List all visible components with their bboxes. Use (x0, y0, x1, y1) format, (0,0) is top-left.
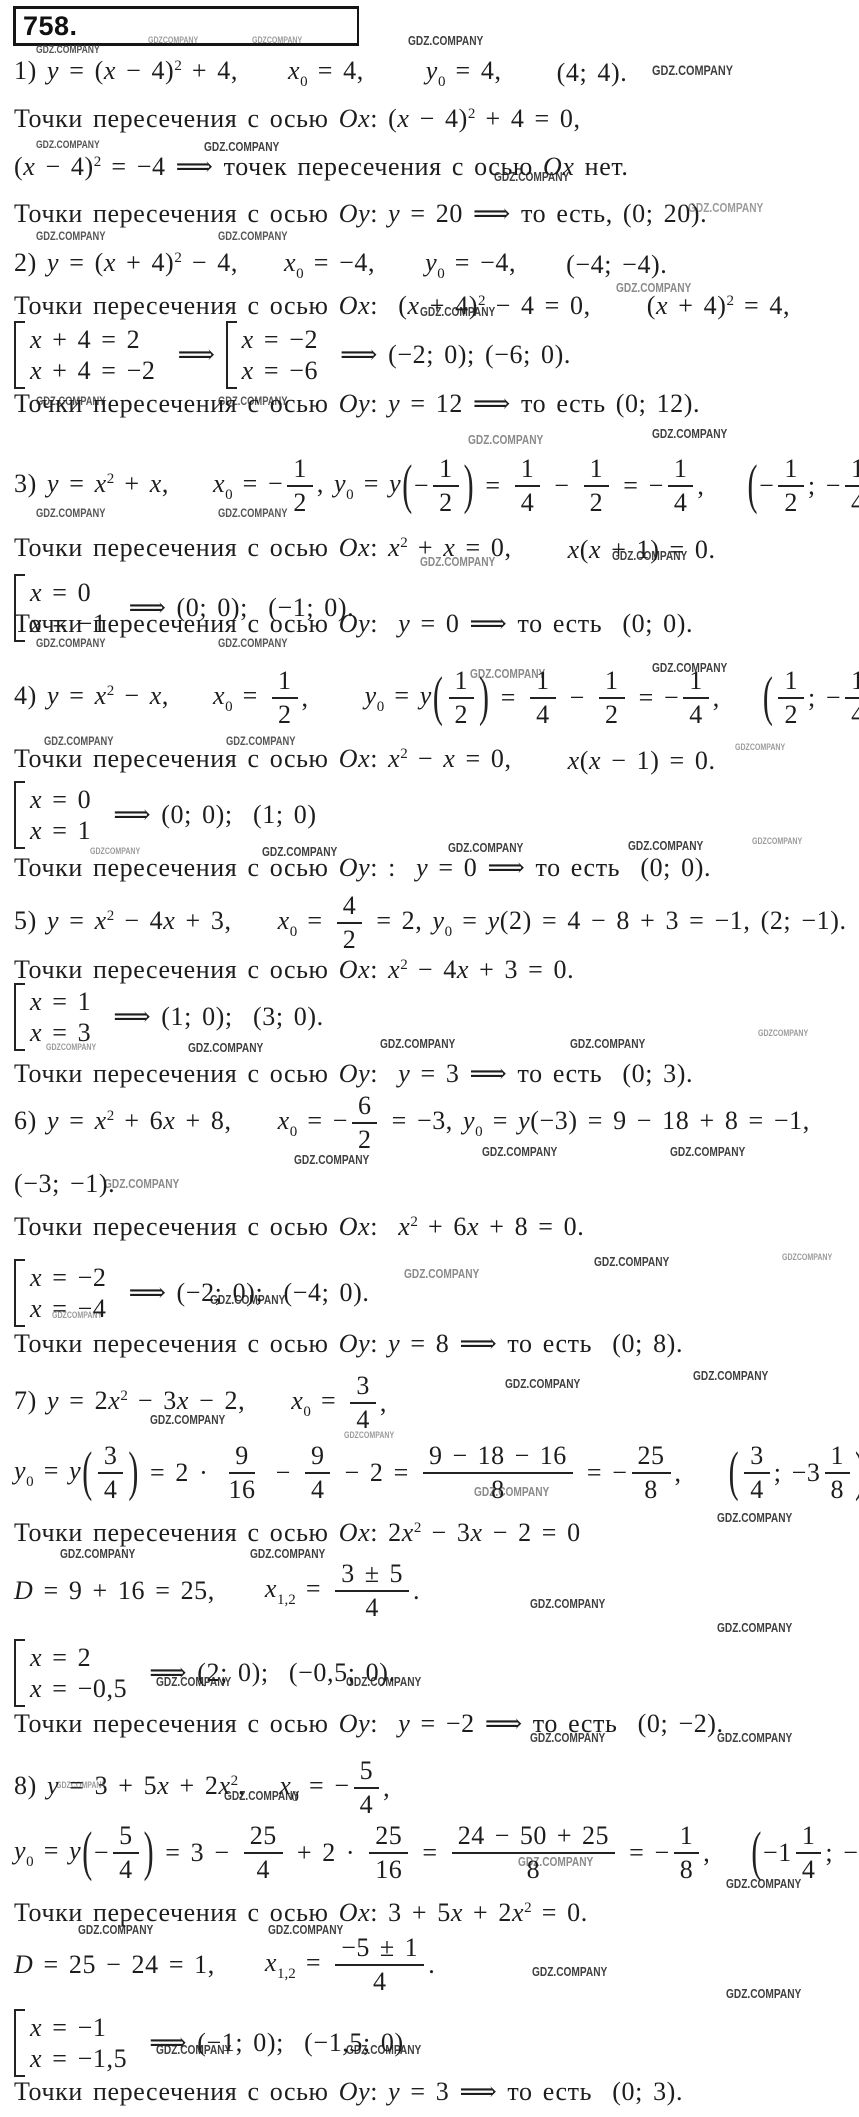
subscript: 0 (300, 74, 308, 90)
math-run: , (302, 683, 309, 713)
fraction: −5 ± 14 (335, 1934, 424, 1996)
math-run: − (544, 471, 579, 501)
open-paren: ( (762, 670, 775, 726)
math-variable: Oy (339, 2077, 371, 2106)
fraction: 14 (515, 455, 541, 517)
math-variable: x (397, 104, 409, 133)
math-variable: Ox (339, 955, 371, 984)
math-run: ⟹ (−2; 0); (−4; 0). (118, 1278, 369, 1308)
fraction-denominator: 4 (113, 1854, 139, 1884)
spacer (512, 761, 568, 762)
paren-content: 34; −318 (740, 1442, 854, 1504)
math-variable: y (398, 1709, 410, 1738)
fraction-denominator: 2 (584, 487, 610, 517)
fraction: 12 (584, 455, 610, 517)
math-variable: x (589, 535, 601, 564)
spacer (245, 1788, 279, 1789)
math-run: 4) y = x2 − x, (14, 681, 169, 715)
fraction-denominator: 4 (683, 699, 709, 729)
math-run: ; −3 (774, 1458, 821, 1488)
math-run: = (491, 683, 526, 713)
superscript: 2 (478, 293, 486, 309)
math-variable: Oy (339, 389, 371, 418)
math-variable: x (278, 906, 290, 935)
fraction-denominator: 4 (305, 1474, 331, 1504)
math-run: = 3 − (155, 1838, 240, 1868)
fraction-numerator: 25 (369, 1822, 408, 1854)
system-row: x = 2 (30, 1642, 127, 1673)
math-variable: y (518, 1106, 530, 1135)
watermark: GDZ.COMPANY (36, 44, 100, 56)
paren-content: −12 (414, 455, 463, 517)
solution-line-35: D = 25 − 24 = 1,x1,2 = −5 ± 14. (14, 1934, 435, 1996)
solution-line-9: 3) y = x2 + x,x0 = −12, y0 = y(−12) = 14… (14, 455, 859, 517)
fraction-denominator: 4 (744, 1474, 770, 1504)
fraction-numerator: 24 − 50 + 25 (452, 1822, 615, 1854)
math-run: = (475, 471, 510, 501)
math-variable: y (388, 389, 400, 418)
open-paren: ( (728, 1445, 741, 1501)
fraction: 12 (287, 455, 313, 517)
math-variable: y (463, 1106, 475, 1135)
solution-line-28: Точки пересечения с осью Ox: 2x2 − 3x − … (14, 1518, 581, 1552)
subscript: 1,2 (277, 1592, 296, 1608)
superscript: 2 (174, 250, 182, 266)
math-run: ; − (808, 683, 841, 713)
math-variable: y (398, 1059, 410, 1088)
math-variable: x (30, 578, 42, 607)
math-run: x0 = (213, 681, 268, 715)
math-variable: x (388, 533, 400, 562)
math-variable: y (488, 906, 500, 935)
subscript: 0 (475, 1124, 483, 1140)
fraction-numerator: 1 (515, 455, 541, 487)
spacer (512, 550, 568, 551)
superscript: 2 (468, 106, 476, 122)
solution-line-13: 4) y = x2 − x,x0 = 12,y0 = y(12) = 14 − … (14, 667, 859, 729)
equation-system: x = −2x = −4 (14, 1258, 114, 1328)
paren-group: (−12) (401, 455, 475, 517)
solution-line-15: x = 0x = 1 ⟹ (0; 0); (1; 0) (14, 780, 317, 850)
fraction-numerator: 1 (683, 667, 709, 699)
math-variable: x (104, 56, 116, 85)
math-variable: y (47, 1771, 59, 1800)
open-paren: ( (750, 1825, 763, 1881)
subscript: 0 (26, 1474, 34, 1490)
math-run: ; − (825, 1838, 858, 1868)
fraction-numerator: 1 (599, 667, 625, 699)
math-run: x1,2 = (265, 1574, 331, 1608)
subscript: 0 (303, 1404, 311, 1420)
solution-line-34: Точки пересечения с осью Ox: 3 + 5x + 2x… (14, 1898, 588, 1932)
math-run: 7) y = 2x2 − 3x − 2, (14, 1386, 245, 1420)
solution-line-29: D = 9 + 16 = 25,x1,2 = 3 ± 54. (14, 1560, 420, 1622)
watermark: GDZ.COMPANY (717, 1620, 792, 1635)
math-variable: Ox (339, 1898, 371, 1927)
math-variable: x (30, 356, 42, 385)
math-run: D = 9 + 16 = 25, (14, 1576, 215, 1606)
math-variable: x (656, 291, 668, 320)
math-run: + 2 · (287, 1838, 366, 1868)
math-variable: y (389, 469, 401, 498)
solution-line-22: (−3; −1). (14, 1168, 115, 1200)
fraction-denominator: 16 (369, 1854, 408, 1884)
paren-content: −12; −14 (759, 455, 859, 517)
paren-content: 12; −14 (774, 667, 859, 729)
math-variable: x (451, 1898, 463, 1927)
math-variable: x (288, 56, 300, 85)
math-run: , (703, 1838, 710, 1868)
math-variable: y (69, 1456, 81, 1485)
math-variable: Oy (339, 853, 371, 882)
system-row: x = 3 (30, 1017, 91, 1048)
spacer (215, 1965, 265, 1966)
fraction: 3 ± 54 (335, 1560, 409, 1622)
superscript: 2 (410, 1214, 418, 1230)
math-variable: x (30, 1263, 42, 1292)
math-variable: x (30, 1674, 42, 1703)
math-run: y0 = y (14, 1836, 81, 1870)
solution-line-32: 8) y = 3 + 5x + 2x2,x0 = −54, (14, 1757, 390, 1819)
solution-line-37: Точки пересечения с осью Oy: y = 3 ⟹ то … (14, 2076, 683, 2108)
subscript: 1,2 (277, 1966, 296, 1982)
math-variable: x (408, 291, 420, 320)
paren-content: −54 (94, 1822, 143, 1884)
math-variable: x (388, 744, 400, 773)
fraction: 18 (825, 1442, 851, 1504)
fraction-denominator: 4 (367, 1966, 393, 1996)
fraction-denominator: 8 (674, 1854, 700, 1884)
equation-system: x = −2x = −6 (226, 320, 326, 390)
fraction-numerator: 1 (845, 455, 859, 487)
math-run: ⟹ (2; 0); (−0,5; 0). (139, 1658, 395, 1688)
fraction-numerator: 1 (796, 1822, 822, 1854)
math-variable: y (420, 681, 432, 710)
watermark: GDZ.COMPANY (628, 838, 703, 853)
math-run: Точки пересечения с осью Oy: y = 8 ⟹ то … (14, 1329, 683, 1359)
math-run: − 2 = (334, 1458, 419, 1488)
math-run: Точки пересечения с осью Ox: 3 + 5x + 2x… (14, 1898, 588, 1932)
math-run: x1,2 = (265, 1948, 331, 1982)
math-run: Точки пересечения с осью Oy: y = −2 ⟹ то… (14, 1709, 724, 1739)
math-run: , (383, 1773, 390, 1803)
math-variable: Ox (339, 1212, 371, 1241)
math-variable: x (30, 325, 42, 354)
math-variable: x (467, 1212, 479, 1241)
spacer (232, 1123, 278, 1124)
fraction: 2516 (369, 1822, 408, 1884)
fraction-numerator: 9 (229, 1442, 255, 1474)
math-run: , (697, 471, 704, 501)
math-variable: y (416, 853, 428, 882)
system-row: x = 1 (30, 815, 91, 846)
math-variable: x (388, 955, 400, 984)
fraction-denominator: 8 (521, 1854, 547, 1884)
solution-line-12: Точки пересечения с осью Oy: y = 0 ⟹ то … (14, 608, 693, 640)
math-variable: y (365, 681, 377, 710)
fraction-denominator: 2 (599, 699, 625, 729)
spacer (705, 486, 747, 487)
math-run: = − (629, 683, 680, 713)
math-run: Точки пересечения с осью Oy: y = 12 ⟹ то… (14, 389, 700, 419)
fraction-denominator: 4 (354, 1789, 380, 1819)
math-run: x(x + 1) = 0. (568, 535, 716, 565)
system-row: x + 4 = 2 (30, 324, 156, 355)
math-run: . (428, 1950, 435, 1980)
solution-line-30: x = 2x = −0,5 ⟹ (2; 0); (−0,5; 0). (14, 1638, 396, 1708)
subscript: 0 (296, 266, 304, 282)
paren-group: (12; −14) (762, 667, 859, 729)
watermark: GDZ.COMPANY (594, 1254, 669, 1269)
math-variable: x (218, 1771, 230, 1800)
solution-line-3: (x − 4)2 = −4 ⟹ точек пересечения с осью… (14, 152, 628, 186)
math-variable: x (213, 469, 225, 498)
fraction-denominator: 4 (796, 1854, 822, 1884)
superscript: 2 (231, 1773, 239, 1789)
watermark: GDZCOMPANY (735, 742, 785, 752)
math-variable: x (157, 1771, 169, 1800)
math-variable: x (30, 987, 42, 1016)
subscript: 0 (290, 1124, 298, 1140)
watermark: GDZ.COMPANY (717, 1730, 792, 1745)
fraction-numerator: 6 (352, 1092, 378, 1124)
math-run: , (380, 1388, 387, 1418)
fraction: 34 (744, 1442, 770, 1504)
superscript: 2 (120, 1388, 128, 1404)
fraction-denominator: 4 (98, 1474, 124, 1504)
subscript: 0 (291, 1789, 299, 1805)
fraction: 34 (350, 1372, 376, 1434)
solution-line-8: Точки пересечения с осью Oy: y = 12 ⟹ то… (14, 388, 700, 420)
fraction-numerator: 3 (350, 1372, 376, 1404)
fraction-numerator: 1 (825, 1442, 851, 1474)
paren-content: 12 (445, 667, 479, 729)
subscript: 0 (225, 699, 233, 715)
math-variable: y (388, 1329, 400, 1358)
fraction-numerator: 1 (272, 667, 298, 699)
math-variable: x (177, 1386, 189, 1415)
math-run: (−4; −4). (566, 250, 667, 280)
math-run: Точки пересечения с осью Ox: x2 − x = 0, (14, 744, 512, 778)
math-variable: x (568, 535, 580, 564)
math-variable: x (213, 681, 225, 710)
equation-system: x = 1x = 3 (14, 982, 99, 1052)
fraction-denominator: 8 (825, 1474, 851, 1504)
fraction: 54 (354, 1757, 380, 1819)
fraction: 12 (433, 455, 459, 517)
system-row: x = −2 (30, 1262, 106, 1293)
solution-line-16: Точки пересечения с осью Oy: : y = 0 ⟹ т… (14, 852, 711, 884)
spacer (245, 1403, 291, 1404)
fraction: 12 (778, 455, 804, 517)
math-run: 6) y = x2 + 6x + 8, (14, 1106, 232, 1140)
watermark: GDZ.COMPANY (652, 62, 733, 78)
superscript: 2 (107, 908, 115, 924)
solution-line-36: x = −1x = −1,5 ⟹ (−1; 0); (−1,5; 0) (14, 2008, 404, 2078)
fraction-denominator: 4 (668, 487, 694, 517)
math-variable: Ox (339, 744, 371, 773)
solution-line-20: Точки пересечения с осью Oy: y = 3 ⟹ то … (14, 1058, 693, 1090)
system-row: x = −6 (242, 355, 318, 386)
solution-line-17: 5) y = x2 − 4x + 3,x0 = 42 = 2, y0 = y(2… (14, 892, 847, 954)
fraction-numerator: 9 − 18 − 16 (423, 1442, 573, 1474)
watermark: GDZCOMPANY (782, 1252, 832, 1262)
fraction-numerator: 1 (778, 667, 804, 699)
math-run: , y0 = y (317, 469, 401, 503)
fraction-denominator: 4 (359, 1592, 385, 1622)
spacer (502, 73, 557, 74)
paren-group: (−54) (81, 1822, 155, 1884)
math-run: ⟹ (168, 340, 226, 370)
spacer (710, 1853, 750, 1854)
math-variable: Oy (339, 1329, 371, 1358)
fraction-numerator: 3 (98, 1442, 124, 1474)
math-variable: Ox (339, 1518, 371, 1547)
math-variable: y (388, 199, 400, 228)
math-variable: x (512, 1898, 524, 1927)
math-variable: y (69, 1836, 81, 1865)
fraction-denominator: 2 (352, 1124, 378, 1154)
superscript: 2 (400, 746, 408, 762)
fraction-denominator: 16 (222, 1474, 261, 1504)
system-row: x = −1,5 (30, 2043, 127, 2074)
math-variable: x (589, 746, 601, 775)
solution-line-25: Точки пересечения с осью Oy: y = 8 ⟹ то … (14, 1328, 683, 1360)
math-variable: x (30, 785, 42, 814)
system-row: x = −2 (242, 324, 318, 355)
math-run: x0 = − (278, 1106, 348, 1140)
fraction-numerator: 1 (584, 455, 610, 487)
math-variable: Oy (339, 1709, 371, 1738)
open-paren: ( (81, 1825, 94, 1881)
watermark: GDZCOMPANY (148, 35, 198, 45)
subscript: 0 (377, 699, 385, 715)
solution-line-31: Точки пересечения с осью Oy: y = −2 ⟹ то… (14, 1708, 724, 1740)
math-variable: Oy (339, 1059, 371, 1088)
fraction-numerator: −5 ± 1 (335, 1934, 424, 1966)
fraction-numerator: 25 (244, 1822, 283, 1854)
fraction: 14 (668, 455, 694, 517)
watermark: GDZCOMPANY (752, 836, 802, 846)
fraction: 62 (352, 1092, 378, 1154)
paren-group: (−12; −14) (747, 455, 859, 517)
superscript: 2 (524, 1900, 532, 1916)
solution-line-2: Точки пересечения с осью Ox: (x − 4)2 + … (14, 104, 581, 138)
math-variable: x (30, 2044, 42, 2073)
fraction-denominator: 2 (449, 699, 475, 729)
math-run: x(x − 1) = 0. (568, 746, 716, 776)
watermark: GDZ.COMPANY (652, 426, 727, 441)
math-variable: x (279, 1771, 291, 1800)
math-run: (x − 4)2 = −4 ⟹ точек пересечения с осью… (14, 152, 628, 186)
fraction-numerator: 3 ± 5 (335, 1560, 409, 1592)
fraction-denominator: 4 (350, 1404, 376, 1434)
solution-line-4: Точки пересечения с осью Oy: y = 20 ⟹ то… (14, 198, 707, 230)
fraction-denominator: 8 (485, 1474, 511, 1504)
solution-line-21: 6) y = x2 + 6x + 8,x0 = −62 = −3, y0 = y… (14, 1092, 810, 1154)
math-variable: D (14, 1950, 33, 1979)
solution-line-5: 2) y = (x + 4)2 − 4,x0 = −4,y0 = −4,(−4;… (14, 248, 667, 282)
close-paren: ) (463, 458, 476, 514)
math-run: , (713, 683, 720, 713)
fraction-numerator: 1 (287, 455, 313, 487)
math-variable: Oy (339, 199, 371, 228)
watermark: GDZ.COMPANY (530, 1596, 605, 1611)
math-run: Точки пересечения с осью Oy: y = 3 ⟹ то … (14, 1059, 693, 1089)
math-variable: x (95, 681, 107, 710)
solution-line-1: 1) y = (x − 4)2 + 4,x0 = 4,y0 = 4,(4; 4)… (14, 56, 627, 90)
fraction: 12 (599, 667, 625, 729)
close-paren: ) (143, 1825, 156, 1881)
math-run: (−3; −1). (14, 1169, 115, 1199)
math-variable: y (398, 609, 410, 638)
math-run: = 2, y0 = y(2) = 4 − 8 + 3 = −1, (2; −1)… (366, 906, 846, 940)
watermark: GDZ.COMPANY (218, 229, 288, 243)
spacer (215, 1591, 265, 1592)
paren-group: (34) (81, 1442, 140, 1504)
system-row: x = −0,5 (30, 1673, 127, 1704)
math-run: Точки пересечения с осью Oy: : y = 0 ⟹ т… (14, 853, 711, 883)
fraction-denominator: 4 (845, 699, 859, 729)
math-variable: Oy (339, 609, 371, 638)
fraction: 916 (222, 1442, 261, 1504)
superscript: 2 (107, 683, 115, 699)
fraction-numerator: 1 (433, 455, 459, 487)
math-variable: x (443, 533, 455, 562)
math-run: . (413, 1576, 420, 1606)
fraction: 9 − 18 − 168 (423, 1442, 573, 1504)
system-row: x = 0 (30, 784, 91, 815)
math-variable: y (47, 1386, 59, 1415)
math-run: (x + 4)2 = 4, (647, 291, 790, 325)
math-variable: y (47, 681, 59, 710)
math-variable: x (398, 1212, 410, 1241)
solution-line-23: Точки пересечения с осью Ox: x2 + 6x + 8… (14, 1212, 584, 1246)
math-variable: x (568, 746, 580, 775)
math-variable: y (388, 2077, 400, 2106)
fraction: 14 (845, 667, 859, 729)
math-run: ⟹ (−1; 0); (−1,5; 0) (139, 2028, 404, 2058)
watermark: GDZ.COMPANY (468, 432, 543, 447)
equation-system: x + 4 = 2x + 4 = −2 (14, 320, 164, 390)
open-paren: ( (747, 458, 760, 514)
spacer (682, 1473, 728, 1474)
fraction-numerator: 1 (668, 455, 694, 487)
spacer (238, 73, 288, 74)
math-run: x0 = (291, 1386, 346, 1420)
math-run: , (675, 1458, 682, 1488)
superscript: 2 (414, 1520, 422, 1536)
fraction: 54 (113, 1822, 139, 1884)
solution-line-10: Точки пересечения с осью Ox: x2 + x = 0,… (14, 533, 716, 567)
math-variable: Ox (543, 152, 575, 181)
math-variable: y (47, 906, 59, 935)
math-variable: x (30, 816, 42, 845)
math-variable: x (95, 1106, 107, 1135)
spacer (169, 486, 213, 487)
spacer (591, 308, 647, 309)
open-paren: ( (432, 670, 445, 726)
math-variable: y (425, 248, 437, 277)
math-run: 8) y = 3 + 5x + 2x2, (14, 1771, 245, 1805)
system-row: x = 1 (30, 986, 91, 1017)
watermark: GDZ.COMPANY (505, 1376, 580, 1391)
math-variable: x (291, 1386, 303, 1415)
math-variable: D (14, 1576, 33, 1605)
system-row: x = −4 (30, 1293, 106, 1324)
math-variable: y (14, 1456, 26, 1485)
math-variable: x (265, 1574, 277, 1603)
